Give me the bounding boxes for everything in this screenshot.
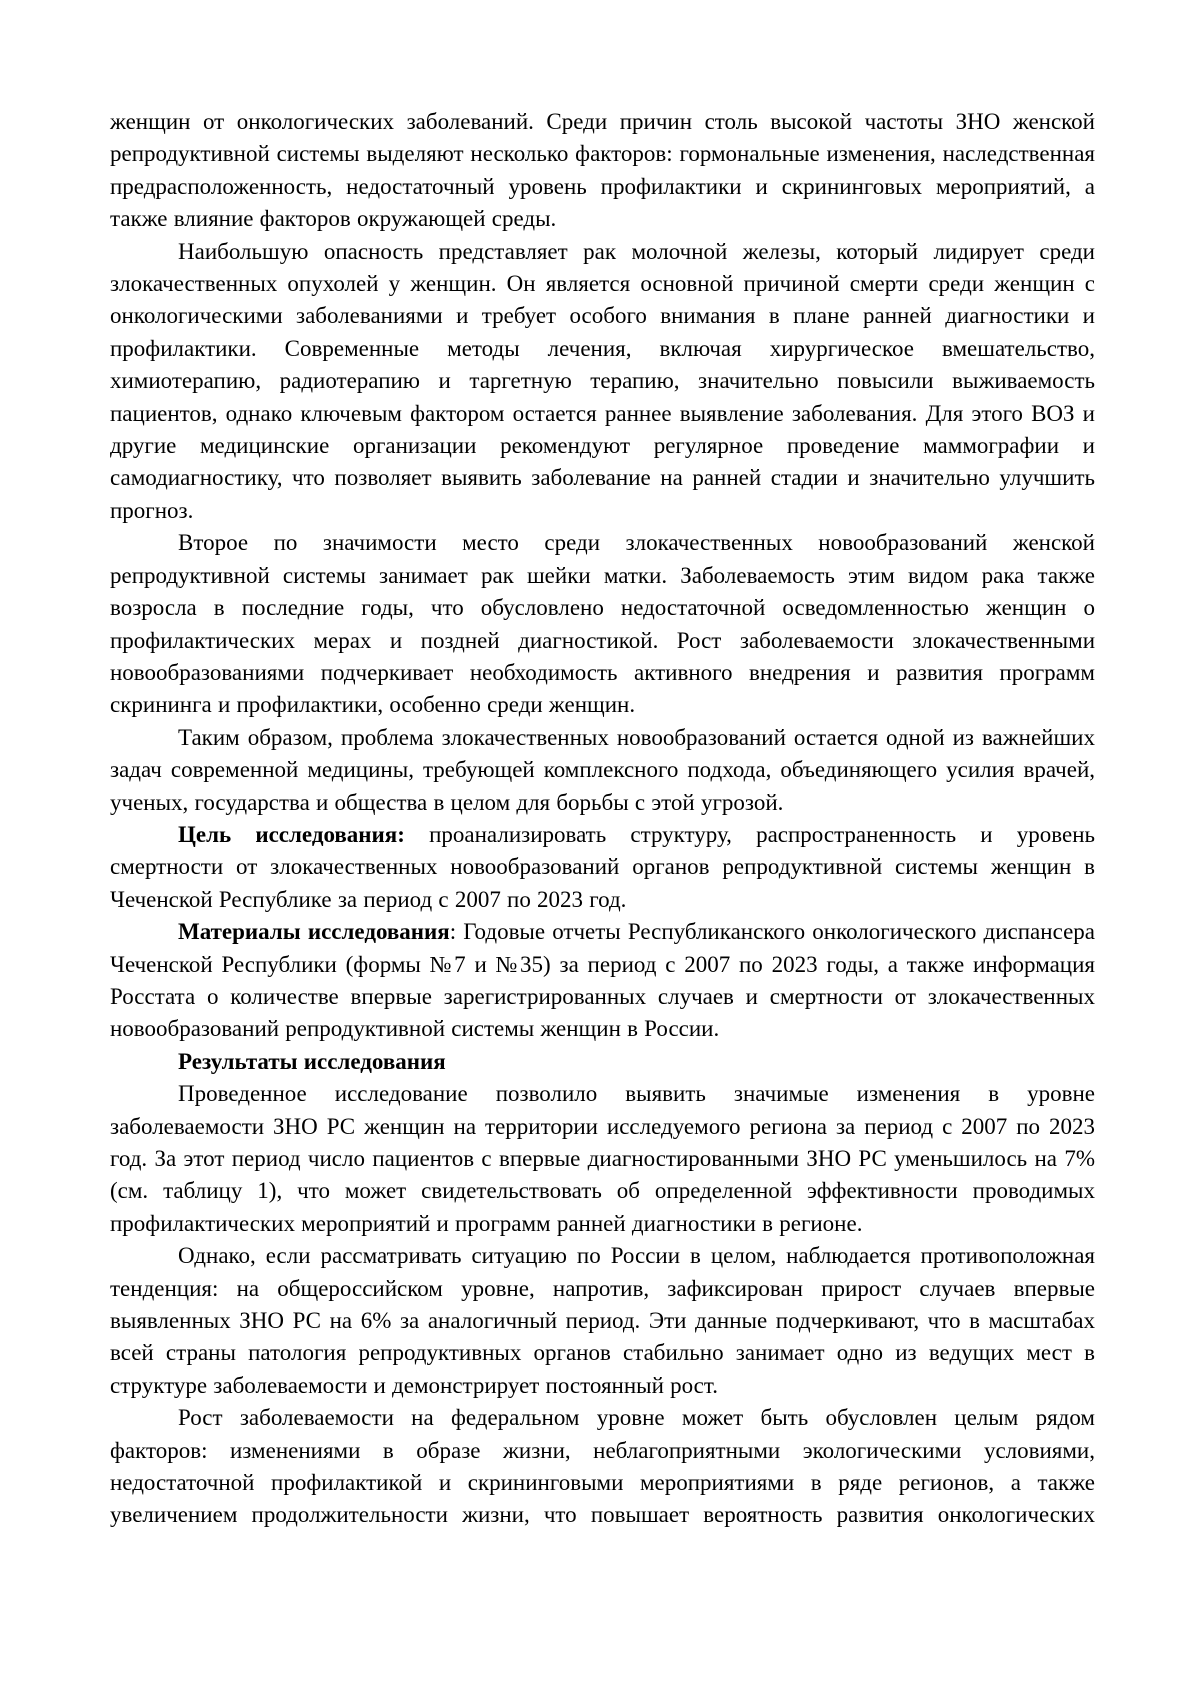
paragraph-results-heading: Результаты исследования xyxy=(110,1046,1095,1078)
paragraph-breast-cancer: Наибольшую опасность представляет рак мо… xyxy=(110,236,1095,528)
document-page: женщин от онкологических заболеваний. Ср… xyxy=(0,0,1200,1697)
study-goal-heading: Цель исследования: xyxy=(178,822,405,847)
paragraph-conclusion-intro: Таким образом, проблема злокачественных … xyxy=(110,722,1095,819)
paragraph-results-russia: Однако, если рассматривать ситуацию по Р… xyxy=(110,1240,1095,1402)
paragraph-continuation: женщин от онкологических заболеваний. Ср… xyxy=(110,106,1095,236)
paragraph-results-region: Проведенное исследование позволило выяви… xyxy=(110,1078,1095,1240)
paragraph-federal-growth: Рост заболеваемости на федеральном уровн… xyxy=(110,1402,1095,1532)
paragraph-cervical-cancer: Второе по значимости место среди злокаче… xyxy=(110,527,1095,721)
paragraph-study-goal: Цель исследования: проанализировать стру… xyxy=(110,819,1095,916)
paragraph-study-materials: Материалы исследования: Годовые отчеты Р… xyxy=(110,916,1095,1046)
results-section-heading: Результаты исследования xyxy=(178,1049,446,1074)
study-materials-heading: Материалы исследования xyxy=(178,919,450,944)
